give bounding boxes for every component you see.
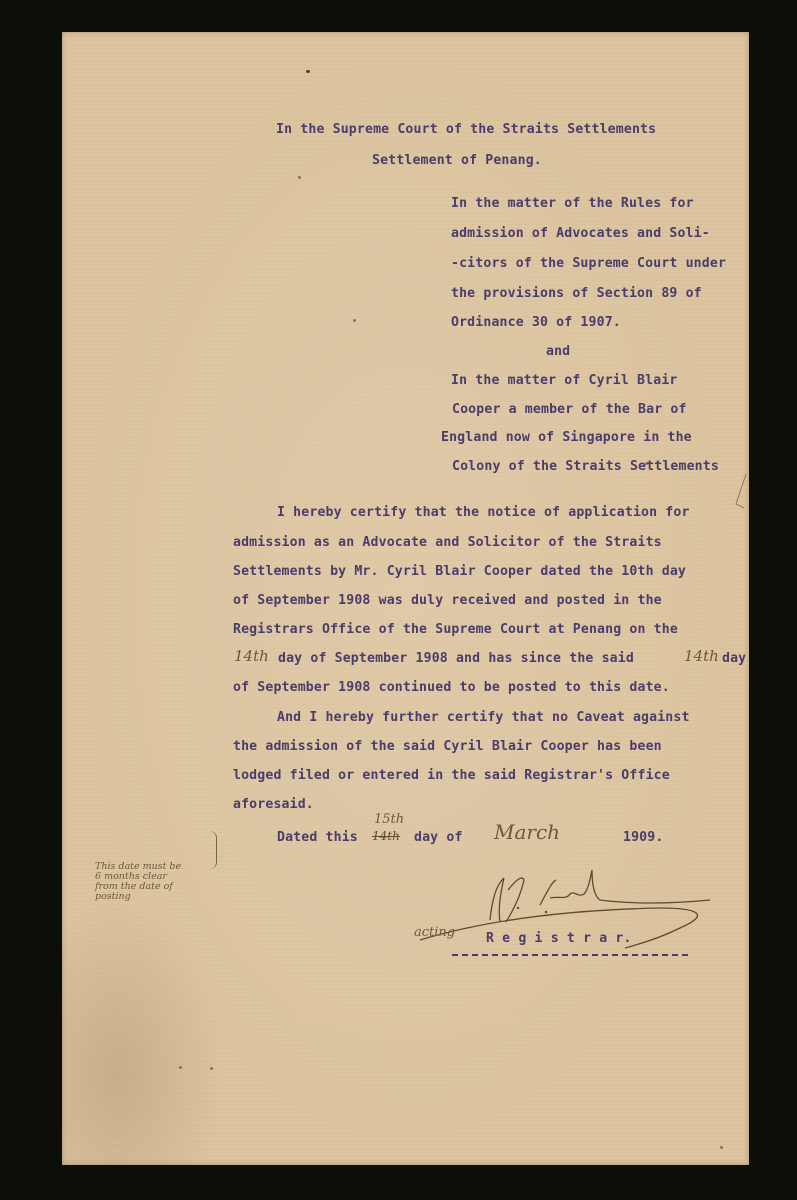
- margin-pencil-mark: [732, 472, 752, 512]
- dated-prefix: Dated this: [277, 830, 358, 846]
- matter-line: -citors of the Supreme Court under: [451, 256, 726, 272]
- caveat-line: the admission of the said Cyril Blair Co…: [233, 739, 662, 755]
- registrar-title: R e g i s t r a r.: [486, 931, 632, 947]
- acting-prefix: acting: [414, 925, 455, 940]
- handwritten-day-since: 14th: [684, 647, 719, 665]
- dated-middle: day of: [414, 830, 463, 846]
- certificate-line: of September 1908 was duly received and …: [233, 593, 662, 609]
- certificate-line: Registrars Office of the Supreme Court a…: [233, 622, 678, 638]
- paper-speck: [179, 1066, 182, 1069]
- matter-line: In the matter of Cyril Blair: [451, 373, 678, 389]
- certificate-line: Settlements by Mr. Cyril Blair Cooper da…: [233, 564, 686, 580]
- matter-line: Colony of the Straits Settlements: [452, 459, 719, 475]
- court-heading: In the Supreme Court of the Straits Sett…: [276, 122, 656, 138]
- paper-speck: [353, 319, 356, 322]
- document-page: In the Supreme Court of the Straits Sett…: [62, 32, 749, 1165]
- caveat-line: And I hereby further certify that no Cav…: [277, 710, 690, 726]
- signature-underline: [452, 954, 688, 956]
- certificate-line: of September 1908 continued to be posted…: [233, 680, 670, 696]
- handwritten-day-posted: 14th: [234, 647, 269, 665]
- handwritten-dated-day: 15th: [374, 812, 404, 827]
- matter-line: Ordinance 30 of 1907.: [451, 315, 621, 331]
- struck-day: 14th: [372, 829, 400, 843]
- paper-speck: [306, 70, 310, 73]
- caveat-line: lodged filed or entered in the said Regi…: [233, 768, 670, 784]
- settlement-heading: Settlement of Penang.: [372, 153, 542, 169]
- certificate-line: admission as an Advocate and Solicitor o…: [233, 535, 662, 551]
- certificate-line-end: day: [722, 651, 746, 667]
- caveat-line: aforesaid.: [233, 797, 314, 813]
- matter-line: the provisions of Section 89 of: [451, 286, 702, 302]
- matter-line: admission of Advocates and Soli-: [451, 226, 710, 242]
- matter-line: In the matter of the Rules for: [451, 196, 694, 212]
- matter-line: Cooper a member of the Bar of: [452, 402, 687, 418]
- certificate-line: I hereby certify that the notice of appl…: [277, 505, 690, 521]
- margin-note-line: posting: [95, 891, 131, 902]
- paper-speck: [210, 1067, 213, 1070]
- paper-speck: [298, 176, 301, 179]
- dated-year: 1909.: [623, 830, 663, 846]
- matter-line: England now of Singapore in the: [441, 430, 692, 446]
- matter-conjunction: and: [546, 344, 570, 360]
- margin-note-bracket: [210, 831, 217, 869]
- handwritten-month: March: [494, 820, 560, 844]
- paper-speck: [720, 1146, 723, 1149]
- certificate-line: day of September 1908 and has since the …: [278, 651, 634, 667]
